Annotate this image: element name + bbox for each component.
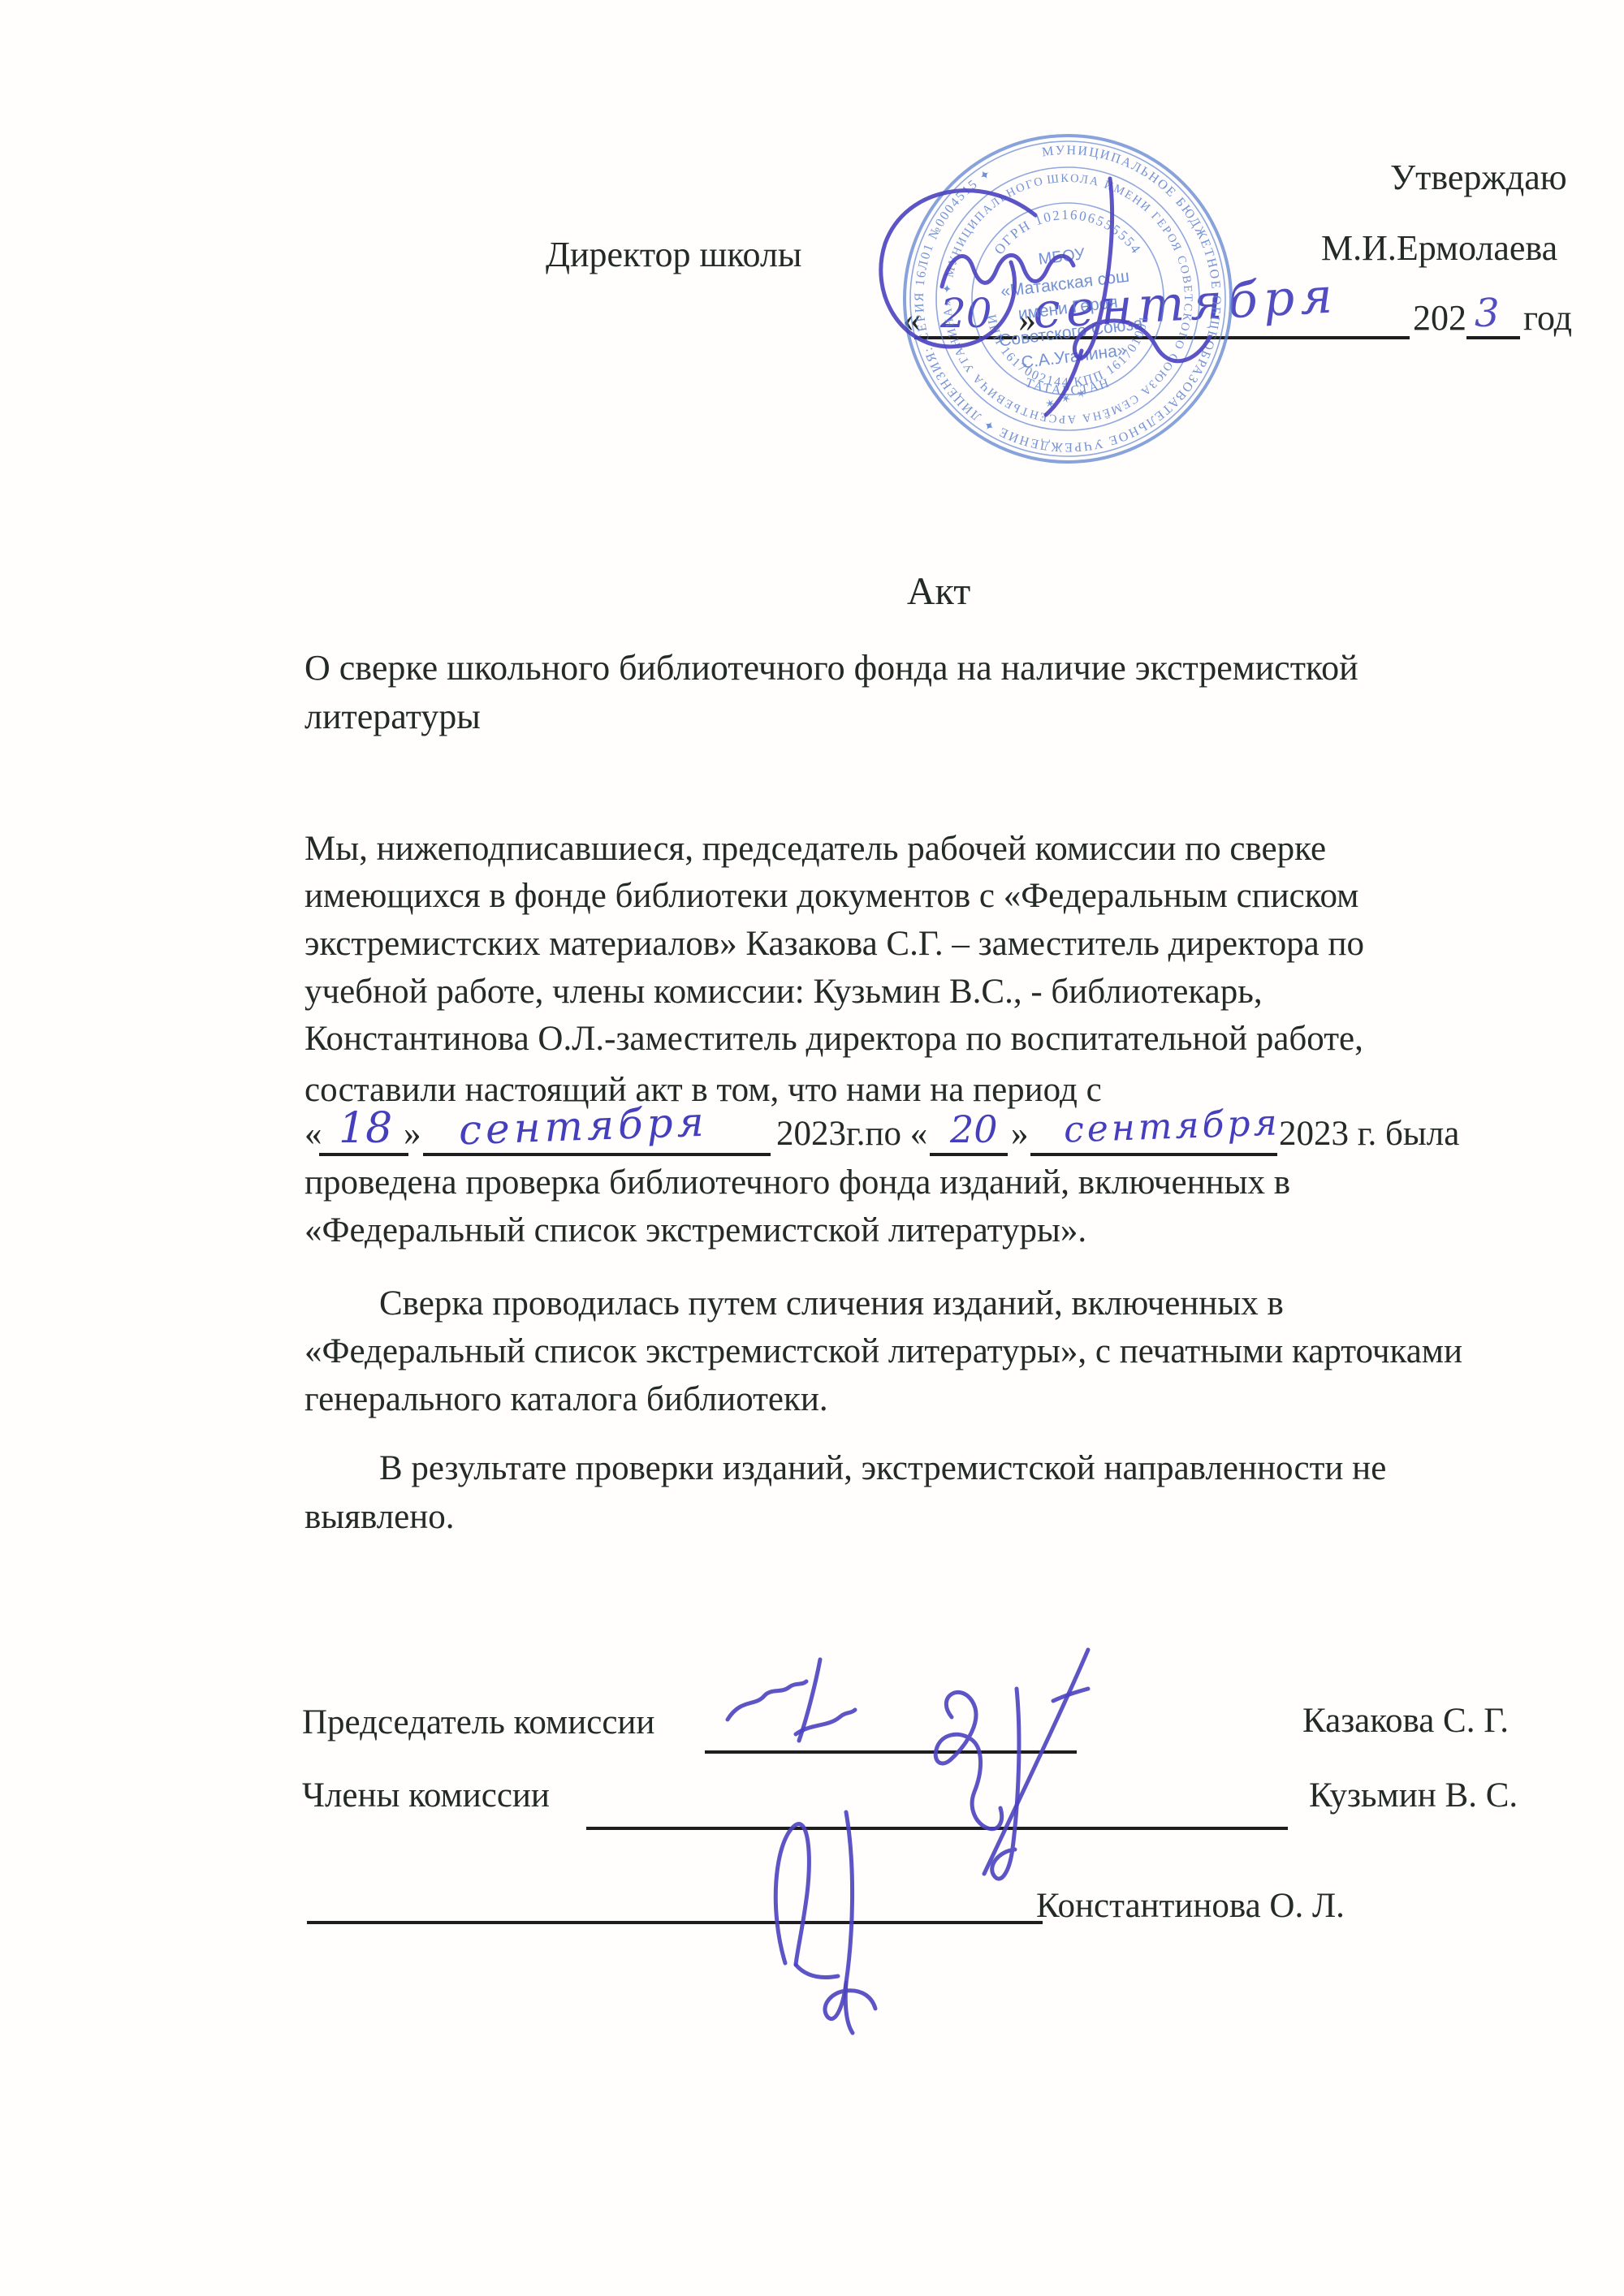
body-line: Константинова О.Л.-заместитель директора… xyxy=(304,1018,1363,1060)
body-line: Мы, нижеподписавшиеся, председатель рабо… xyxy=(304,828,1326,870)
body-line: В результате проверки изданий, экстремис… xyxy=(379,1448,1386,1490)
members-label: Члены комиссии xyxy=(302,1775,550,1817)
fill-quote-open: « xyxy=(304,1114,322,1154)
signature-stroke xyxy=(1046,351,1082,415)
body-line: «Федеральный список экстремистской литер… xyxy=(304,1331,1462,1373)
handwritten-month1: сентября xyxy=(458,1098,709,1154)
year-word: год xyxy=(1523,297,1572,340)
body-line: «Федеральный список экстремистской литер… xyxy=(304,1210,1086,1252)
director-signature xyxy=(828,150,1234,430)
member2-name: Константинова О. Л. xyxy=(1036,1885,1345,1927)
approve-label: Утверждаю xyxy=(1390,157,1567,200)
signature-stroke xyxy=(1074,179,1210,361)
fill-printed-tail: 2023 г. была xyxy=(1279,1114,1459,1154)
kazakova-signature xyxy=(715,1648,885,1762)
signature-stroke xyxy=(935,1692,1001,1828)
handwritten-month2: сентября xyxy=(1063,1102,1281,1150)
handwritten-year-digit: 3 xyxy=(1475,291,1500,338)
scanned-act-document: Утверждаю Директор школы М.И.Ермолаева «… xyxy=(0,0,1624,2296)
handwritten-day1: 18 xyxy=(339,1104,392,1153)
approver-name: М.И.Ермолаева xyxy=(1321,227,1557,270)
signature-stroke xyxy=(728,1681,806,1720)
date-fill-line: « 18 » сентября 2023г.по « 20 » сентября… xyxy=(304,1114,1490,1156)
blank-line-month2 xyxy=(1030,1153,1277,1156)
blank-line-day2 xyxy=(930,1153,1008,1156)
fill-printed-mid: 2023г.по « xyxy=(776,1114,927,1154)
document-subtitle-line2: литературы xyxy=(304,696,481,739)
signature-stroke xyxy=(881,191,1035,347)
body-line: учебной работе, члены комиссии: Кузьмин … xyxy=(304,971,1263,1013)
chair-label: Председатель комиссии xyxy=(302,1702,654,1744)
signature-stroke xyxy=(942,255,1073,287)
chair-name: Казакова С. Г. xyxy=(1302,1700,1509,1742)
fill-quote-close: » xyxy=(404,1114,421,1154)
body-line: выявлено. xyxy=(304,1496,455,1539)
signature-stroke xyxy=(825,1812,875,2019)
body-line: экстремистских материалов» Казакова С.Г.… xyxy=(304,923,1364,965)
director-label: Директор школы xyxy=(546,234,802,277)
signature-stroke xyxy=(984,1650,1088,1874)
fill-quote-close2: » xyxy=(1011,1114,1029,1154)
konstantinova-signature xyxy=(723,1786,918,2038)
body-line: проведена проверка библиотечного фонда и… xyxy=(304,1162,1290,1204)
year-prefix: 202 xyxy=(1413,297,1466,340)
handwritten-day2: 20 xyxy=(950,1107,998,1151)
document-subtitle-line1: О сверке школьного библиотечного фонда н… xyxy=(304,647,1358,690)
document-title: Акт xyxy=(907,568,970,615)
signature-stroke xyxy=(796,1965,838,1977)
blank-line-day1 xyxy=(319,1153,408,1156)
member2-signature-line xyxy=(307,1921,1043,1924)
body-line: генерального каталога библиотеки. xyxy=(304,1379,828,1421)
body-line: имеющихся в фонде библиотеки документов … xyxy=(304,875,1358,917)
signature-stroke xyxy=(775,1824,809,1965)
member1-name: Кузьмин В. С. xyxy=(1309,1775,1518,1817)
body-line: Сверка проводилась путем сличения издани… xyxy=(379,1283,1284,1325)
